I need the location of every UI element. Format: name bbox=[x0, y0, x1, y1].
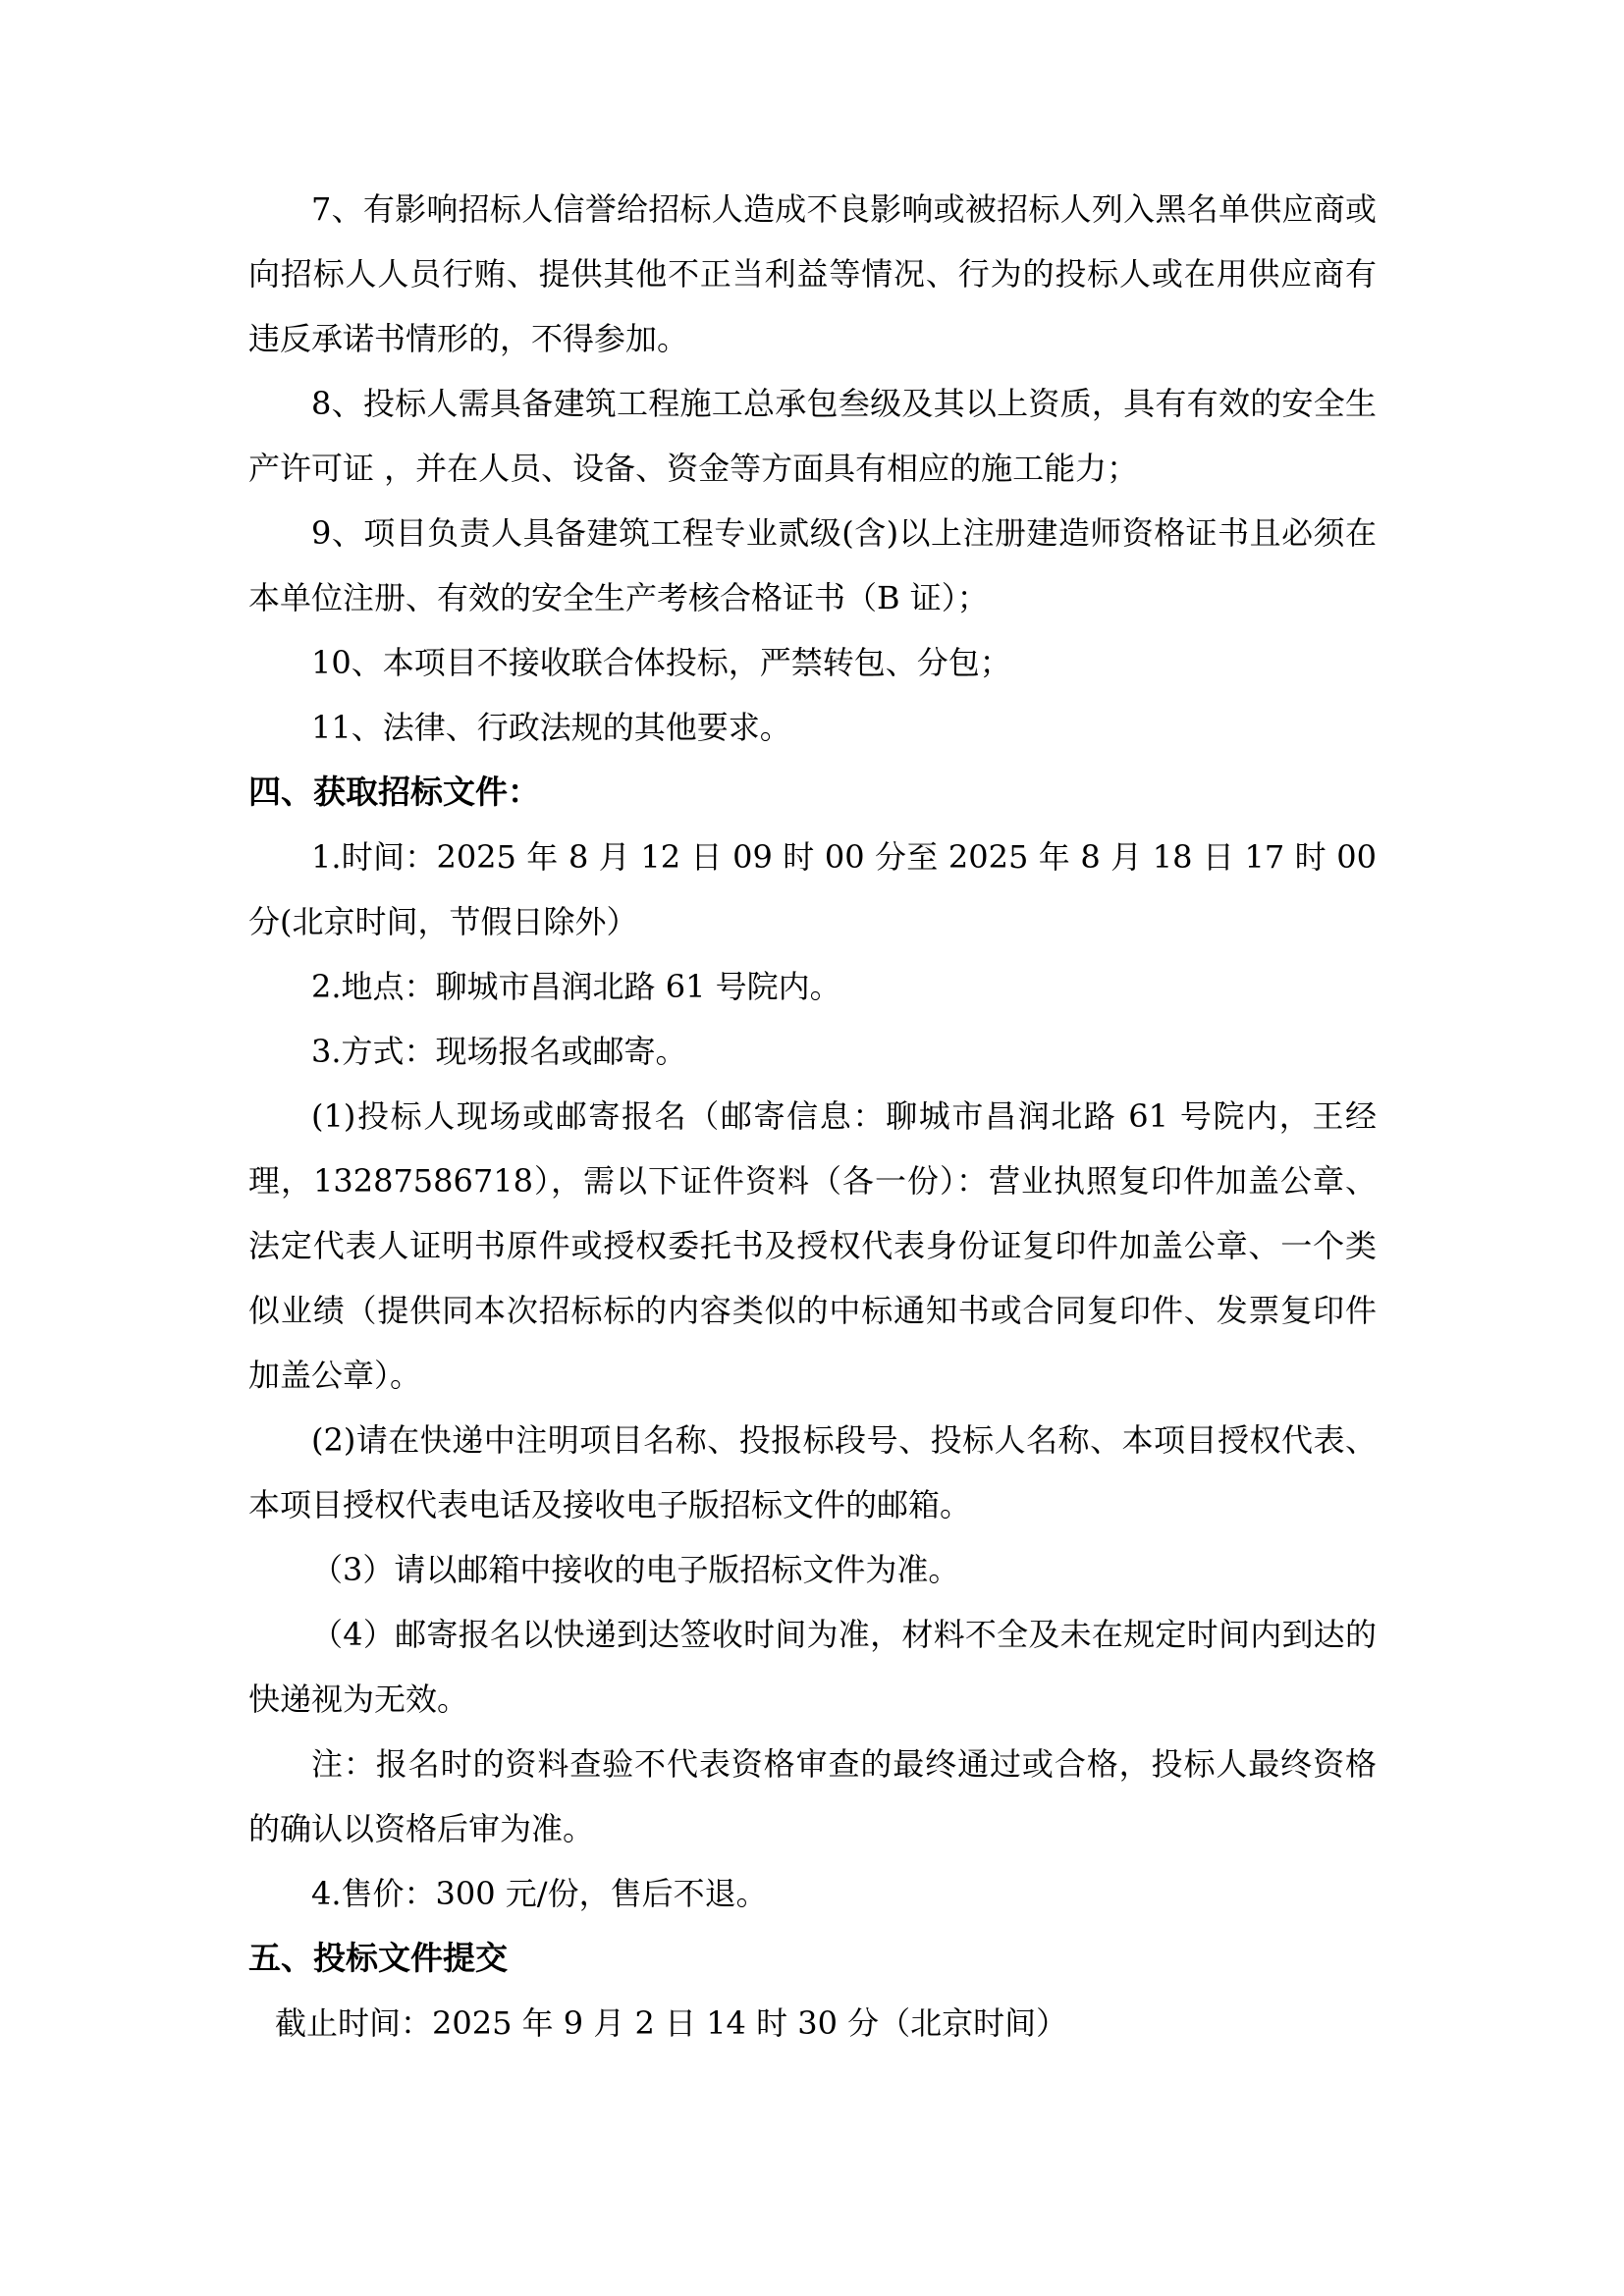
section-heading-obtain-documents: 四、获取招标文件： bbox=[248, 760, 1377, 825]
paragraph-clause-8: 8、投标人需具备建筑工程施工总承包叁级及其以上资质，具有有效的安全生产许可证 ，… bbox=[248, 371, 1377, 501]
paragraph-subitem-2: (2)请在快递中注明项目名称、投报标段号、投标人名称、本项目授权代表、本项目授权… bbox=[248, 1408, 1377, 1537]
paragraph-deadline: 截止时间：2025 年 9 月 2 日 14 时 30 分（北京时间） bbox=[248, 1991, 1377, 2056]
document-page: 7、有影响招标人信誉给招标人造成不良影响或被招标人列入黑名单供应商或向招标人人员… bbox=[0, 0, 1624, 2296]
paragraph-item-time: 1.时间：2025 年 8 月 12 日 09 时 00 分至 2025 年 8… bbox=[248, 825, 1377, 954]
paragraph-note: 注：报名时的资料查验不代表资格审查的最终通过或合格，投标人最终资格的确认以资格后… bbox=[248, 1732, 1377, 1861]
paragraph-clause-7: 7、有影响招标人信誉给招标人造成不良影响或被招标人列入黑名单供应商或向招标人人员… bbox=[248, 177, 1377, 371]
paragraph-subitem-1: (1)投标人现场或邮寄报名（邮寄信息：聊城市昌润北路 61 号院内，王经理，13… bbox=[248, 1084, 1377, 1408]
paragraph-clause-10: 10、本项目不接收联合体投标，严禁转包、分包； bbox=[248, 630, 1377, 695]
paragraph-item-location: 2.地点：聊城市昌润北路 61 号院内。 bbox=[248, 954, 1377, 1019]
paragraph-subitem-4: （4）邮寄报名以快递到达签收时间为准，材料不全及未在规定时间内到达的快递视为无效… bbox=[248, 1602, 1377, 1732]
paragraph-item-price: 4.售价：300 元/份，售后不退。 bbox=[248, 1861, 1377, 1926]
paragraph-clause-9: 9、项目负责人具备建筑工程专业贰级(含)以上注册建造师资格证书且必须在本单位注册… bbox=[248, 501, 1377, 630]
paragraph-subitem-3: （3）请以邮箱中接收的电子版招标文件为准。 bbox=[248, 1537, 1377, 1602]
paragraph-clause-11: 11、法律、行政法规的其他要求。 bbox=[248, 695, 1377, 760]
section-heading-bid-submission: 五、投标文件提交 bbox=[248, 1926, 1377, 1991]
paragraph-item-method: 3.方式：现场报名或邮寄。 bbox=[248, 1019, 1377, 1084]
